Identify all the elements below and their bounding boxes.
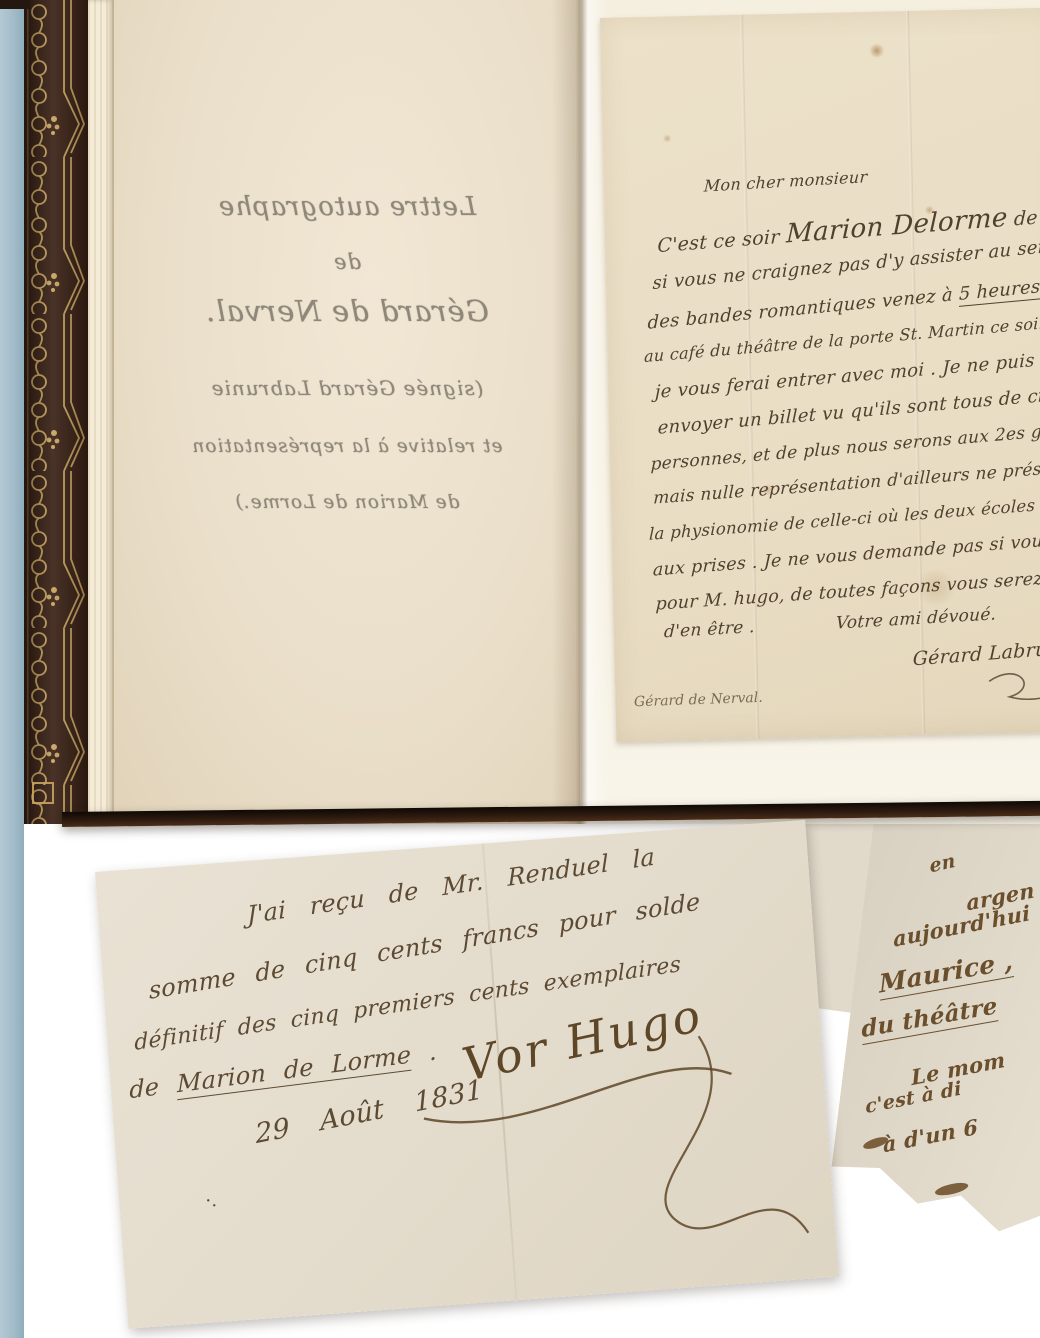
mirrored-flyleaf-inscription: Lettre autographedeGérard de Nerval.(sig… <box>114 0 580 824</box>
flyleaf-line-1: de <box>114 250 580 274</box>
fragment-line-8: à d'un 6 <box>882 1114 979 1158</box>
signature-paraphe <box>985 656 1040 719</box>
flyleaf-line-0: Lettre autographe <box>114 192 580 222</box>
catalog-photo: euenargenaujourd'huiMaurice ,du théâtreL… <box>0 0 1040 1338</box>
flyleaf-line-4: et relative à la représentation <box>114 436 580 457</box>
page-block-edges <box>88 0 114 824</box>
ink-dots: ·. <box>205 1190 218 1212</box>
book-gutter-shadow <box>552 0 608 824</box>
flyleaf-line-3: (signée Gérard Labrunie <box>114 376 580 400</box>
spine-corner-motif <box>32 782 54 804</box>
open-book: Lettre autographedeGérard de Nerval.(sig… <box>0 0 1040 824</box>
book-spine <box>24 0 88 824</box>
left-book-page: Lettre autographedeGérard de Nerval.(sig… <box>114 0 580 824</box>
letter-line-12: d'en être . <box>664 617 756 642</box>
ink-blot <box>934 1180 969 1197</box>
fragment-line-4: Maurice , <box>878 946 1014 999</box>
foxing-spot <box>663 134 672 142</box>
fragment-line-3: aujourd'hui <box>892 900 1031 952</box>
hugo-receipt-note: 29 Août 1831 Vor Hugo ·. J'ai reçu de Mr… <box>95 820 839 1329</box>
foxing-spot <box>869 44 885 58</box>
nerval-letter-sheet: Mon cher monsieurC'est ce soir Marion De… <box>600 8 1040 742</box>
fragment-line-1: en <box>928 850 957 878</box>
letter-line-0: Mon cher monsieur <box>703 167 867 196</box>
flyleaf-line-2: Gérard de Nerval. <box>114 294 580 328</box>
spine-sheen <box>24 0 88 824</box>
flyleaf-line-5: de Marion de Lorme.) <box>114 492 580 513</box>
binding-corner-mark <box>0 0 30 9</box>
letter-line-13: Votre ami dévoué. <box>835 604 996 633</box>
signature-flourish <box>395 970 836 1300</box>
